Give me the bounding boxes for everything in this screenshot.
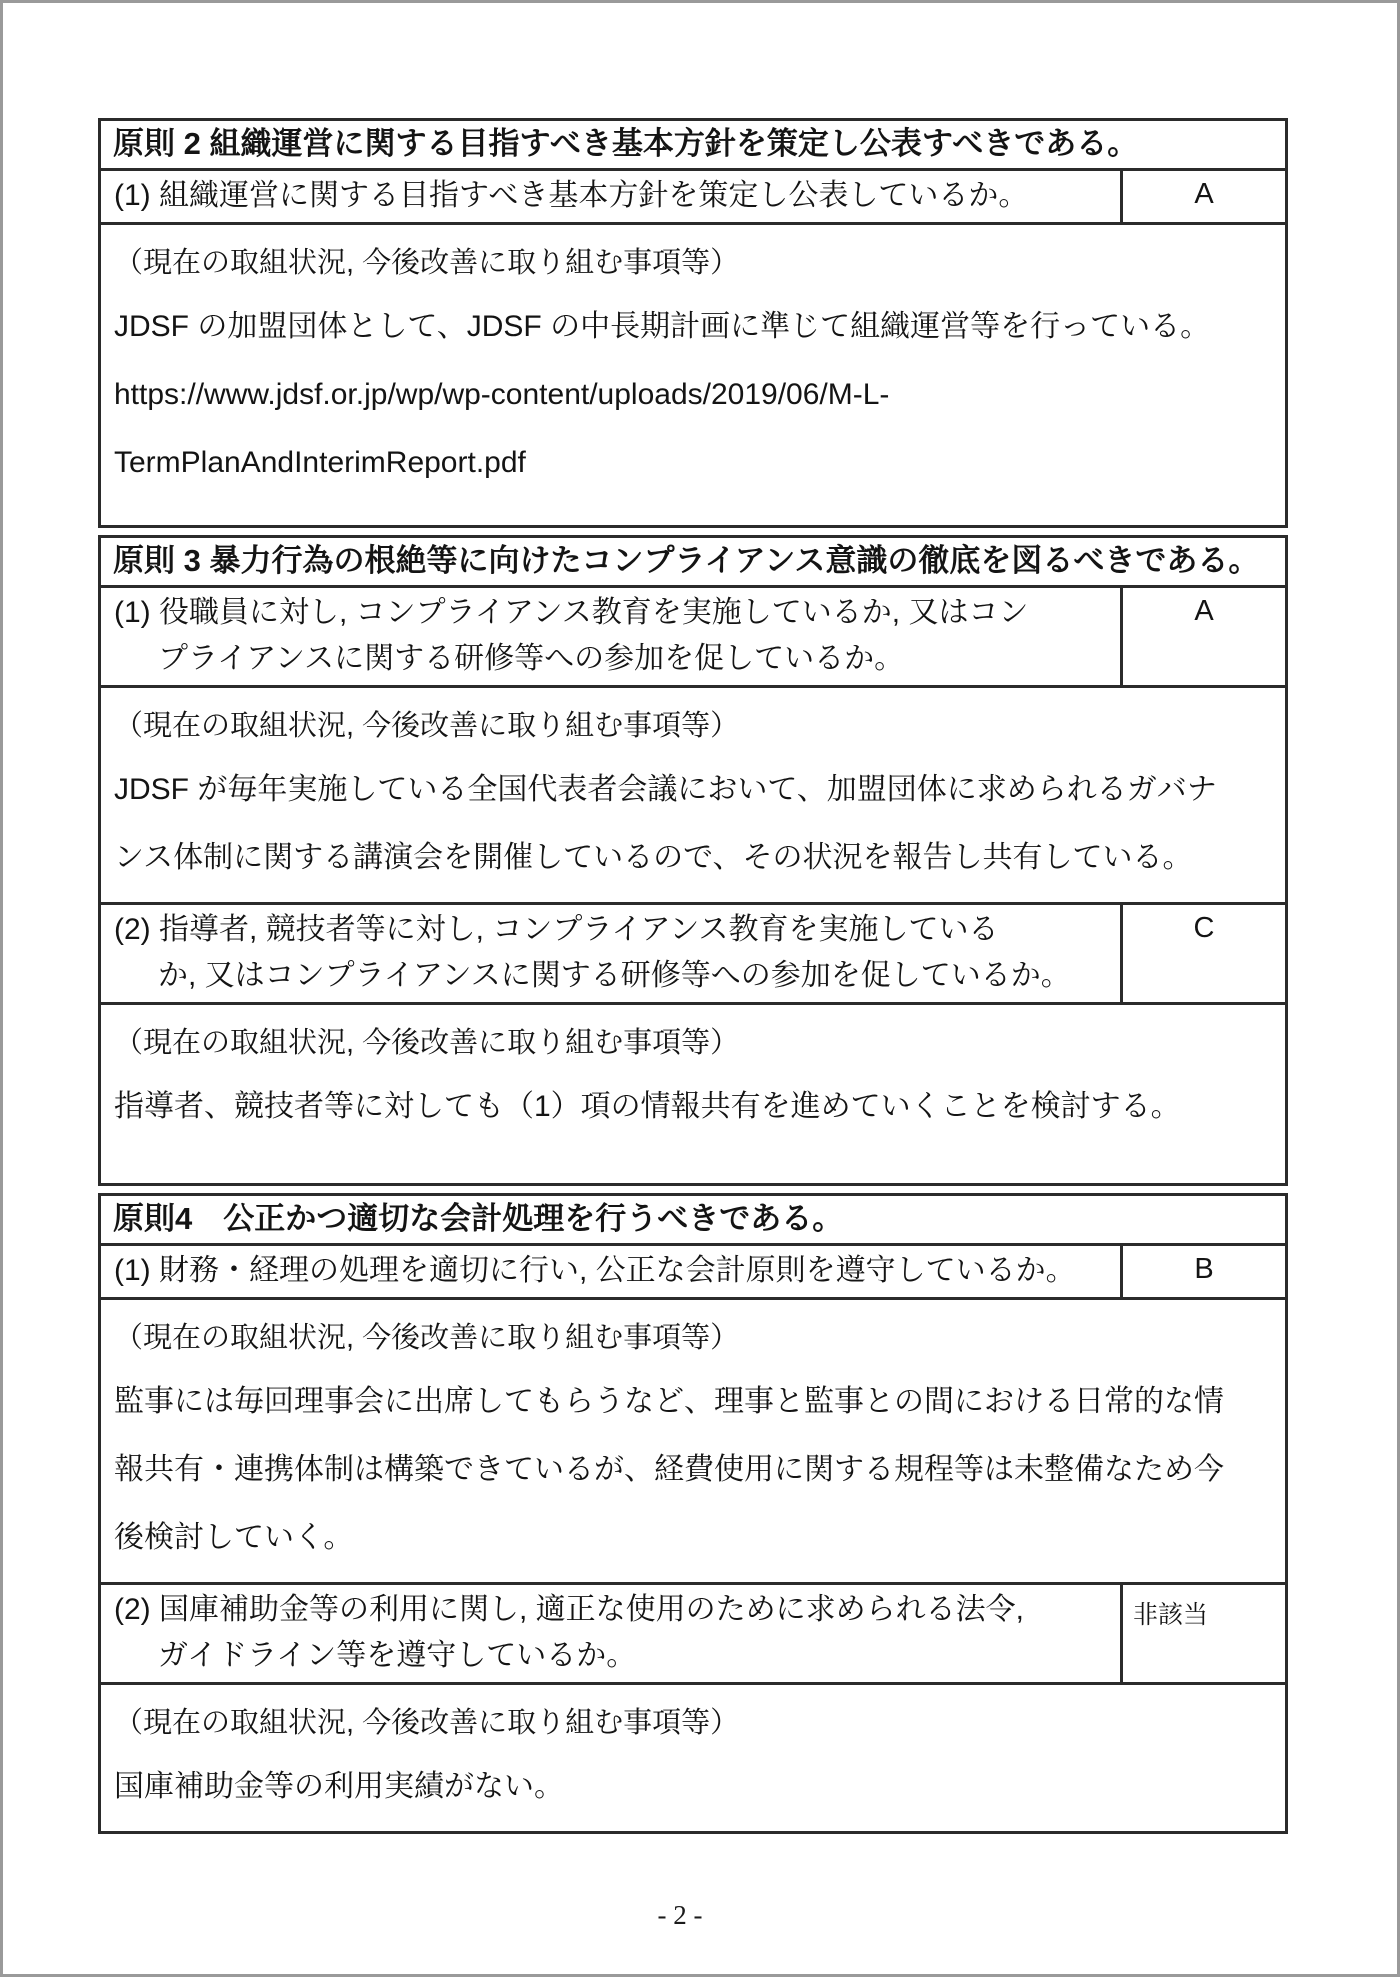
- grade-value: A: [1123, 588, 1285, 685]
- question-row: (1) 役職員に対し, コンプライアンス教育を実施しているか, 又はコン プライ…: [101, 588, 1285, 688]
- question-row: (2) 指導者, 競技者等に対し, コンプライアンス教育を実施している か, 又…: [101, 905, 1285, 1005]
- status-label: （現在の取組状況, 今後改善に取り組む事項等）: [114, 1308, 1271, 1368]
- answer-text-line: 国庫補助金等の利用実績がない。: [114, 1753, 1271, 1821]
- answer-text-line: ンス体制に関する講演会を開催しているので、その状況を報告し共有している。: [114, 824, 1271, 892]
- question-row: (2) 国庫補助金等の利用に関し, 適正な使用のために求められる法令, ガイドラ…: [101, 1585, 1285, 1685]
- status-label: （現在の取組状況, 今後改善に取り組む事項等）: [114, 696, 1271, 756]
- answer-row: （現在の取組状況, 今後改善に取り組む事項等） 監事には毎回理事会に出席してもら…: [101, 1300, 1285, 1585]
- question-text: (1) 財務・経理の処理を適切に行い, 公正な会計原則を遵守しているか。: [101, 1246, 1123, 1297]
- grade-value: C: [1123, 905, 1285, 1002]
- answer-text-line: JDSF の加盟団体として、JDSF の中長期計画に準じて組織運営等を行っている…: [114, 293, 1271, 361]
- status-label: （現在の取組状況, 今後改善に取り組む事項等）: [114, 1013, 1271, 1073]
- question-text: (2) 指導者, 競技者等に対し, コンプライアンス教育を実施している か, 又…: [101, 905, 1123, 1002]
- answer-row: （現在の取組状況, 今後改善に取り組む事項等） 国庫補助金等の利用実績がない。: [101, 1685, 1285, 1831]
- grade-value: 非該当: [1123, 1585, 1285, 1682]
- question-text: (1) 組織運営に関する目指すべき基本方針を策定し公表しているか。: [101, 171, 1123, 222]
- principle-2-header: 原則 2 組織運営に関する目指すべき基本方針を策定し公表すべきである。: [101, 121, 1285, 171]
- answer-url-line: https://www.jdsf.or.jp/wp/wp-content/upl…: [114, 361, 1271, 429]
- answer-text-line: 後検討していく。: [114, 1504, 1271, 1572]
- answer-text-line: 監事には毎回理事会に出席してもらうなど、理事と監事との間における日常的な情: [114, 1368, 1271, 1436]
- principle-4-header: 原則4 公正かつ適切な会計処理を行うべきである。: [101, 1196, 1285, 1246]
- principle-3-header: 原則 3 暴力行為の根絶等に向けたコンプライアンス意識の徹底を図るべきである。: [101, 538, 1285, 588]
- grade-value: B: [1123, 1246, 1285, 1297]
- answer-text-line: 報共有・連携体制は構築できているが、経費使用に関する規程等は未整備なため今: [114, 1436, 1271, 1504]
- answer-url-line: TermPlanAndInterimReport.pdf: [114, 429, 1271, 497]
- principle-2-block: 原則 2 組織運営に関する目指すべき基本方針を策定し公表すべきである。 (1) …: [98, 118, 1288, 528]
- answer-row: （現在の取組状況, 今後改善に取り組む事項等） JDSF の加盟団体として、JD…: [101, 225, 1285, 525]
- status-label: （現在の取組状況, 今後改善に取り組む事項等）: [114, 1693, 1271, 1753]
- grade-value: A: [1123, 171, 1285, 222]
- answer-row: （現在の取組状況, 今後改善に取り組む事項等） 指導者、競技者等に対しても（1）…: [101, 1005, 1285, 1183]
- answer-text-line: 指導者、競技者等に対しても（1）項の情報共有を進めていくことを検討する。: [114, 1073, 1271, 1141]
- scanned-document-page: 原則 2 組織運営に関する目指すべき基本方針を策定し公表すべきである。 (1) …: [0, 0, 1400, 1977]
- answer-row: （現在の取組状況, 今後改善に取り組む事項等） JDSF が毎年実施している全国…: [101, 688, 1285, 905]
- governance-evaluation-table: 原則 2 組織運営に関する目指すべき基本方針を策定し公表すべきである。 (1) …: [98, 118, 1288, 1841]
- principle-4-block: 原則4 公正かつ適切な会計処理を行うべきである。 (1) 財務・経理の処理を適切…: [98, 1193, 1288, 1834]
- page-number: - 2 -: [3, 1900, 1357, 1931]
- question-row: (1) 組織運営に関する目指すべき基本方針を策定し公表しているか。 A: [101, 171, 1285, 225]
- question-text: (1) 役職員に対し, コンプライアンス教育を実施しているか, 又はコン プライ…: [101, 588, 1123, 685]
- principle-3-block: 原則 3 暴力行為の根絶等に向けたコンプライアンス意識の徹底を図るべきである。 …: [98, 535, 1288, 1186]
- status-label: （現在の取組状況, 今後改善に取り組む事項等）: [114, 233, 1271, 293]
- question-row: (1) 財務・経理の処理を適切に行い, 公正な会計原則を遵守しているか。 B: [101, 1246, 1285, 1300]
- question-text: (2) 国庫補助金等の利用に関し, 適正な使用のために求められる法令, ガイドラ…: [101, 1585, 1123, 1682]
- answer-text-line: JDSF が毎年実施している全国代表者会議において、加盟団体に求められるガバナ: [114, 756, 1271, 824]
